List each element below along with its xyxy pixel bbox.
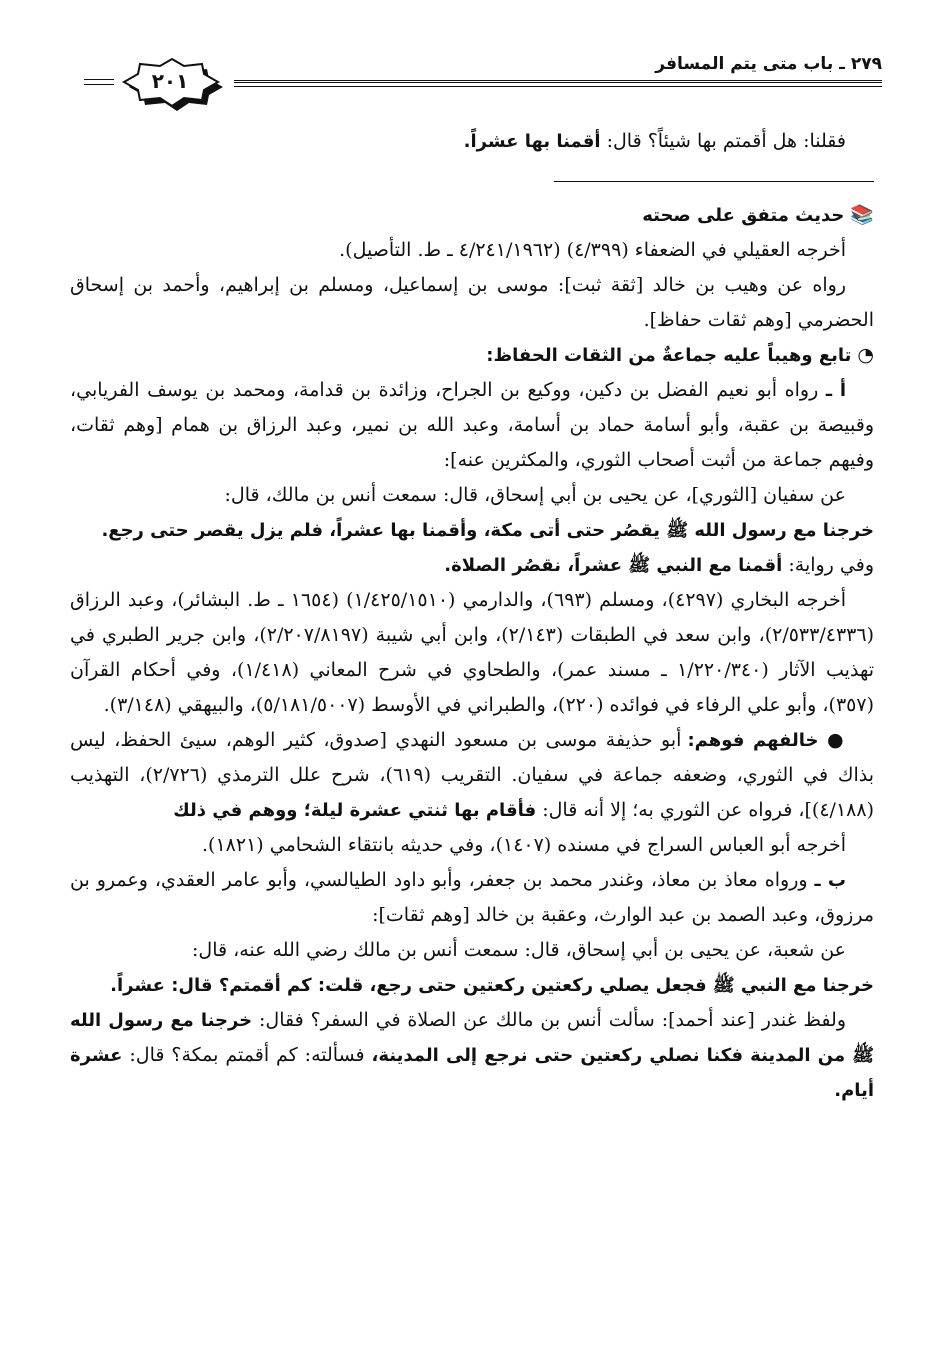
- intro-plain: فقلنا: هل أقمتم بها شيئاً؟ قال:: [601, 130, 846, 152]
- page-number: ٢٠١: [120, 69, 220, 93]
- chain-a-riwaya: وفي رواية: أقمنا مع النبي ﷺ عشراً، نقصُر…: [70, 548, 874, 583]
- header-rule-thin: [234, 86, 882, 87]
- narrators-wuhayb: رواه عن وهيب بن خالد [ثقة ثبت]: موسى بن …: [70, 268, 874, 338]
- chain-a: أ ـ رواه أبو نعيم الفضل بن دكين، ووكيع ب…: [70, 373, 874, 478]
- khalafa-paragraph: ● خالفهم فوهم: أبو حذيفة موسى بن مسعود ا…: [70, 723, 874, 828]
- page-header: ٢٧٩ ـ باب متى يتم المسافر ٢٠١: [84, 50, 882, 112]
- book-page: ٢٧٩ ـ باب متى يتم المسافر ٢٠١ فقلنا: هل …: [0, 0, 936, 1370]
- intro-line: فقلنا: هل أقمتم بها شيئاً؟ قال: أقمنا به…: [70, 124, 874, 159]
- chain-b-matn: خرجنا مع النبي ﷺ فجعل يصلي ركعتين ركعتين…: [70, 968, 874, 1003]
- chain-a-takhrij: أخرجه البخاري (٤٢٩٧)، ومسلم (٦٩٣)، والدا…: [70, 583, 874, 723]
- intro-bold: أقمنا بها عشراً.: [464, 131, 601, 152]
- header-rule: [234, 80, 882, 83]
- book-stack-icon: 📚: [850, 198, 874, 233]
- page-body: فقلنا: هل أقمتم بها شيئاً؟ قال: أقمنا به…: [70, 124, 874, 1108]
- bullet-icon: ●: [827, 729, 846, 751]
- subheading-followers: ◔تابع وهيباً عليه جماعةٌ من الثقات الحفا…: [70, 338, 874, 373]
- circle-bullet-icon: ◔: [857, 338, 874, 373]
- chain-a-matn: خرجنا مع رسول الله ﷺ يقصُر حتى أتى مكة، …: [70, 513, 874, 548]
- header-rule-left: [84, 79, 114, 85]
- page-number-badge: ٢٠١: [120, 56, 224, 110]
- chain-b-isnad: عن شعبة، عن يحيى بن أبي إسحاق، قال: سمعت…: [70, 933, 874, 968]
- section-separator: [554, 181, 874, 182]
- chain-b-lafz: ولفظ غندر [عند أحمد]: سألت أنس بن مالك ع…: [70, 1003, 874, 1108]
- chain-b: ب ـ ورواه معاذ بن معاذ، وغندر محمد بن جع…: [70, 863, 874, 933]
- chapter-title: ٢٧٩ ـ باب متى يتم المسافر: [655, 54, 882, 74]
- takhrij-uqayli: أخرجه العقيلي في الضعفاء (٤/٣٩٩) (٤/٢٤١/…: [70, 233, 874, 268]
- khalafa-takhrij: أخرجه أبو العباس السراج في مسنده (١٤٠٧)،…: [70, 828, 874, 863]
- section-heading: 📚حديث متفق على صحته: [70, 198, 874, 233]
- chain-a-isnad: عن سفيان [الثوري]، عن يحيى بن أبي إسحاق،…: [70, 478, 874, 513]
